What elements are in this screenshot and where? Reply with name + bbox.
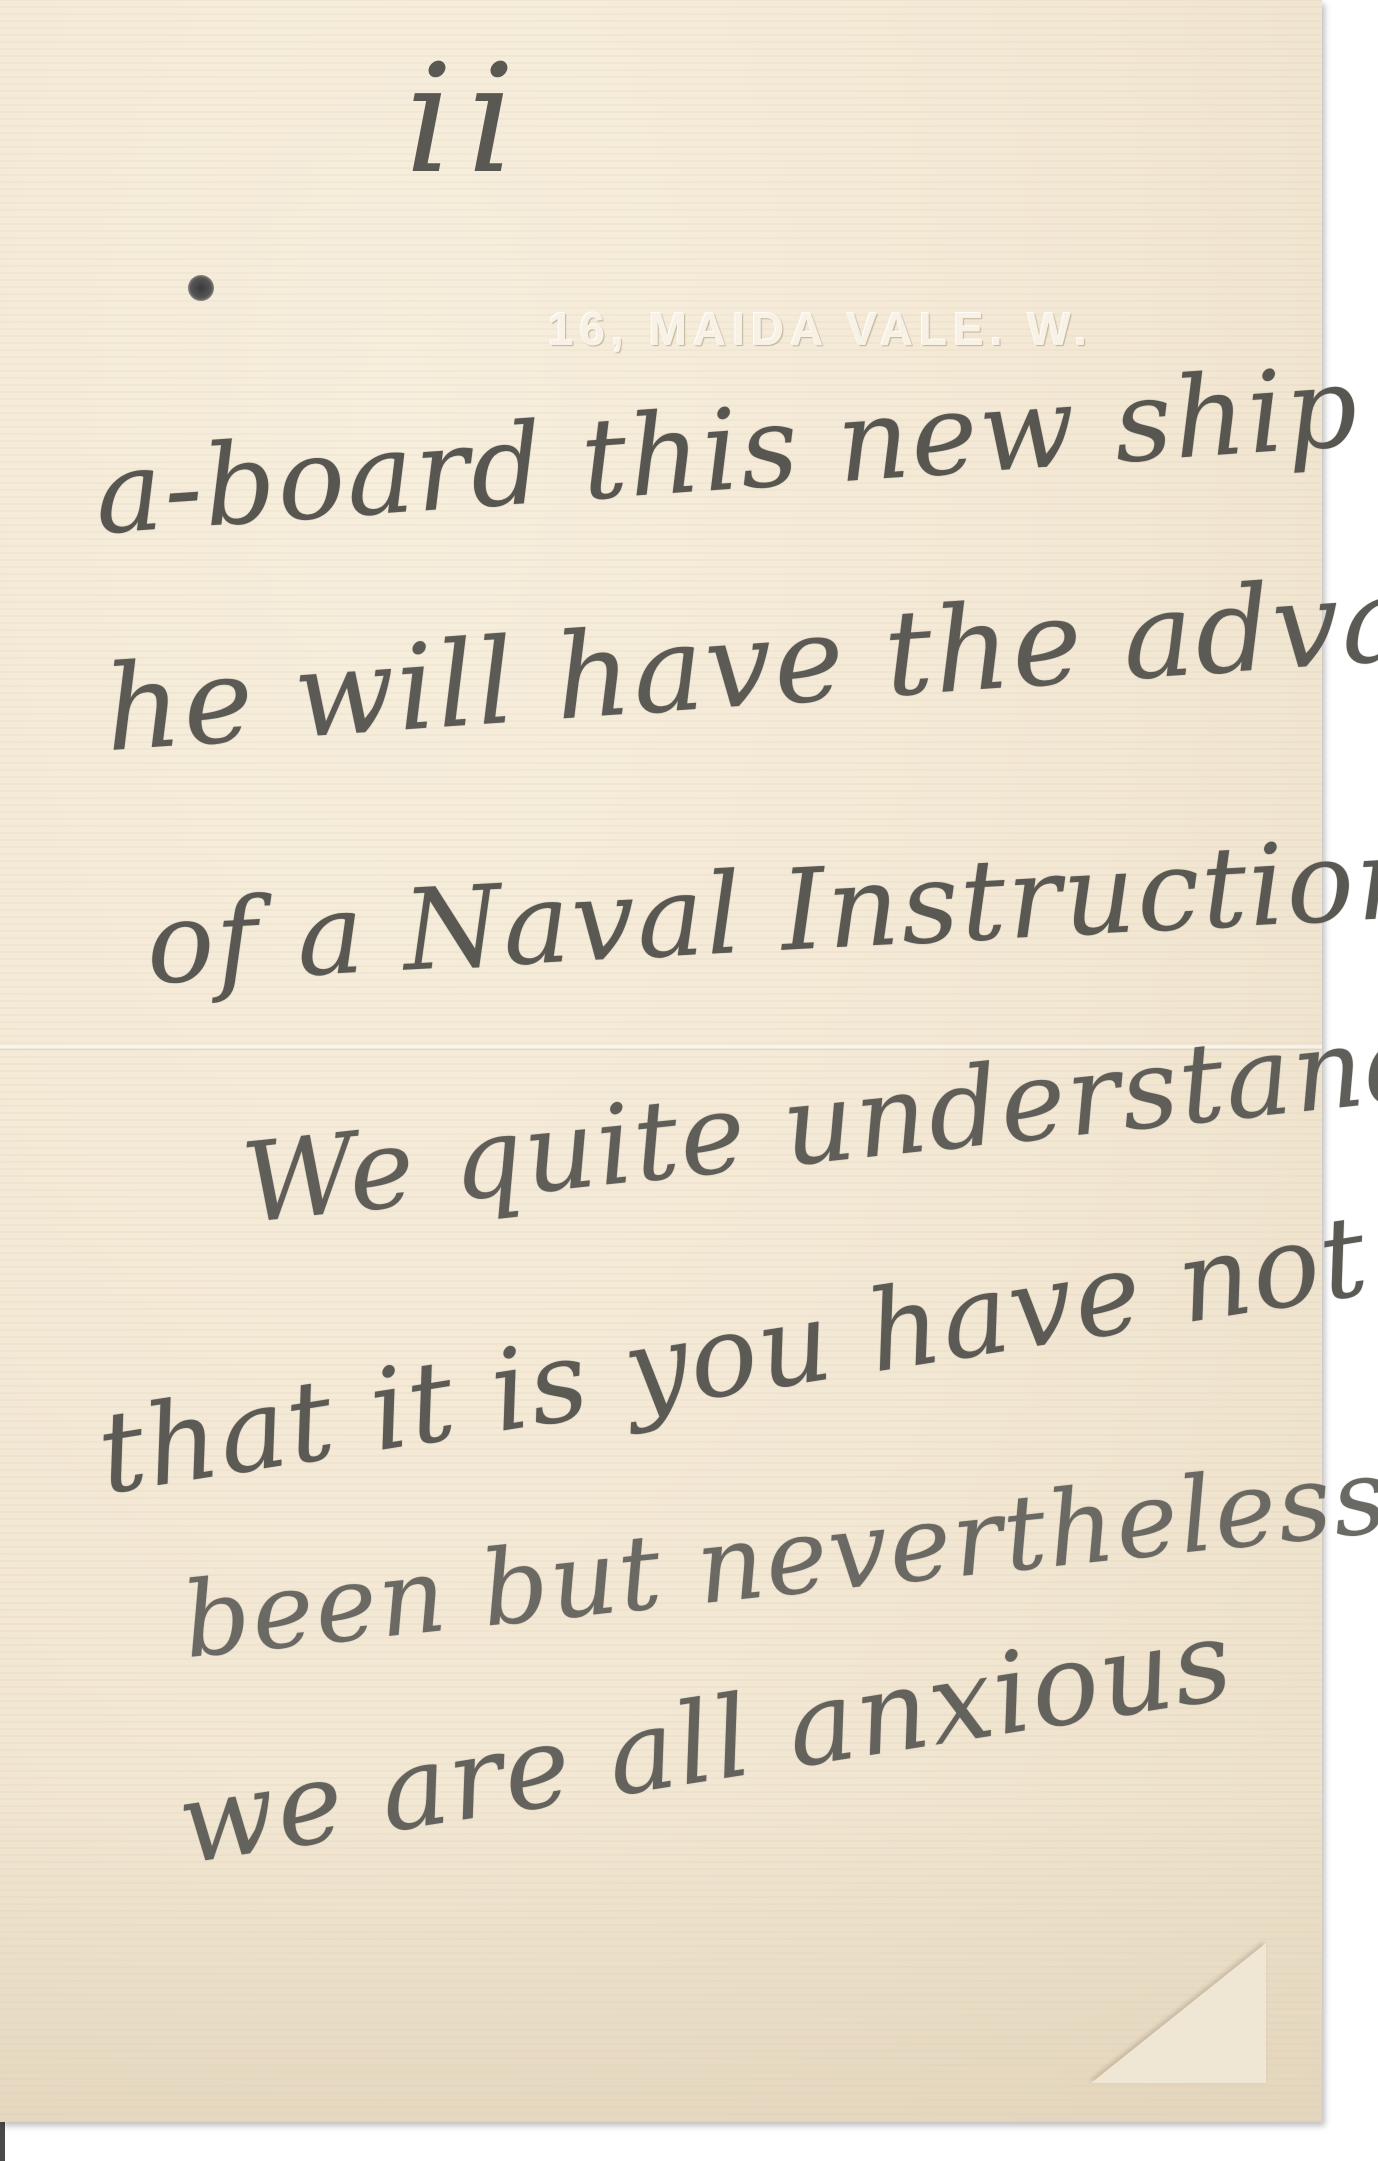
- handwritten-line-1: a-board this new ship: [91, 342, 1363, 560]
- handwritten-line-4: We quite understand: [237, 995, 1378, 1248]
- letter-sheet: ii 16, MAIDA VALE. W. a-board this new s…: [0, 0, 1322, 2122]
- embossed-letterhead: 16, MAIDA VALE. W.: [548, 302, 1093, 356]
- folded-corner: [1091, 1943, 1266, 2083]
- handwritten-line-2: he will have the advantage: [100, 525, 1378, 778]
- page-marker: ii: [405, 45, 529, 195]
- ink-blot-icon: [188, 275, 214, 301]
- handwritten-line-3: of a Naval Instruction.: [143, 811, 1378, 1010]
